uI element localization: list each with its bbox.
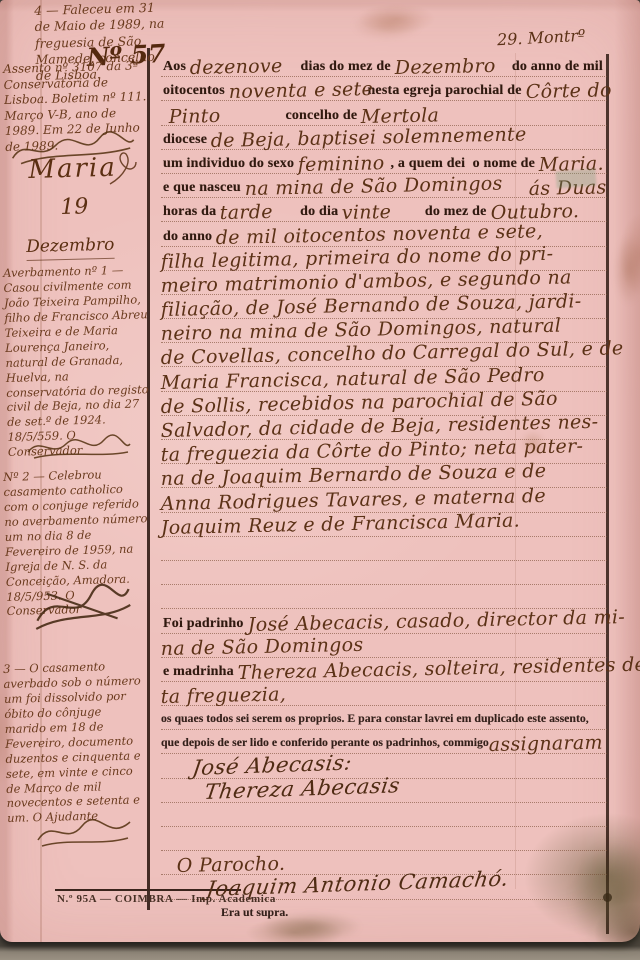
- printed-form-text: dias do mez de: [299, 59, 395, 76]
- form-line: [161, 803, 607, 827]
- form-line: Foi padrinhoJosé Abecacis, casado, direc…: [161, 609, 607, 633]
- printed-form-text: do mez de: [423, 204, 491, 221]
- form-line: Thereza Abecasis: [161, 779, 607, 803]
- stain: [614, 235, 640, 305]
- handwritten-entry: Mertola: [361, 102, 607, 126]
- handwritten-entry: Thereza Abecasis: [203, 775, 401, 803]
- form-line: oitocentosnoventa e setenesta egreja par…: [161, 77, 607, 101]
- printed-form-text: concelho de: [283, 108, 361, 125]
- handwritten-entry: feminino: [298, 154, 389, 175]
- printed-form-text: o nome de: [471, 156, 539, 173]
- form-line: Pintoconcelho deMertola: [161, 101, 607, 125]
- top-right-annotation: 29. Montrº: [497, 26, 586, 50]
- stain: [352, 10, 422, 40]
- form-line: horas datardedo diavintedo mez deOutubro…: [161, 198, 607, 222]
- printed-form-text: Foi padrinho: [161, 616, 248, 633]
- form-line: Anna Rodrigues Tavares, e materna de: [161, 488, 607, 512]
- margin-annotation-1: Averbamento nº 1 — Casou civilmente com …: [3, 262, 154, 460]
- margin-annotation-3: 3 — O casamento averbado sob o número um…: [3, 658, 145, 826]
- printed-form-text: diocese: [161, 132, 211, 149]
- handwritten-entry: tarde: [220, 203, 298, 224]
- printed-form-text: do anno: [161, 229, 216, 246]
- handwritten-entry: vinte: [342, 203, 423, 224]
- printed-form-text: nesta egreja parochial de: [365, 83, 525, 100]
- form-line: ta freguezia,: [161, 682, 607, 706]
- printed-form-text: um individuo do sexo: [161, 156, 298, 173]
- handwritten-entry: Anna Rodrigues Tavares, e materna de: [161, 485, 607, 513]
- form-body: Aosdezenovedias do mez deDezembrodo anno…: [161, 53, 607, 923]
- form-line: [161, 827, 607, 851]
- form-line: e madrinhaThereza Abecacis, solteira, re…: [161, 658, 607, 682]
- handwritten-entry: na de São Domingos: [161, 630, 607, 658]
- form-line: [161, 537, 607, 561]
- printed-form-text: e que nasceu: [161, 180, 245, 197]
- form-line: diocesede Beja, baptisei solemnemente: [161, 126, 607, 150]
- handwritten-entry: dezenove: [190, 57, 299, 78]
- form-line: um individuo do sexofeminino, a quem dei…: [161, 150, 607, 174]
- printed-form-text: , a quem dei: [388, 156, 469, 173]
- handwritten-entry: Pinto: [169, 105, 284, 126]
- handwritten-entry: noventa e sete: [228, 81, 365, 103]
- printed-form-text: do anno de mil: [510, 59, 607, 76]
- handwritten-entry: Côrte do: [525, 82, 607, 103]
- printed-form-text: do dia: [298, 204, 342, 221]
- form-line: Joaquim Reuz e de Francisca Maria.: [161, 513, 607, 537]
- margin-month: Dezembro: [26, 234, 115, 261]
- signature-scribble-icon: [24, 432, 134, 462]
- printed-form-text: oitocentos: [161, 83, 229, 100]
- handwritten-entry: assignaram: [488, 734, 607, 755]
- handwritten-entry: na mina de São Domingos: [244, 174, 529, 199]
- handwritten-entry: Dezembro: [394, 57, 509, 78]
- printer-imprint: N.º 95A — COIMBRA — Imp. Academica: [57, 893, 276, 905]
- margin-child-name: Maria: [28, 152, 117, 188]
- form-line: que depois de ser lido e conferido peran…: [161, 730, 607, 754]
- flourish-icon: [106, 150, 138, 188]
- form-line: [161, 585, 607, 609]
- handwritten-entry: José Abecacis, casado, director da mi-: [247, 608, 607, 635]
- form-line: os quaes todos sei serem os proprios. E …: [161, 706, 607, 730]
- printed-form-text: e madrinha: [161, 664, 238, 681]
- ink-blot: [603, 893, 612, 902]
- handwritten-entry: de Beja, baptisei solemnemente: [211, 123, 607, 150]
- printed-form-text: Aos: [161, 59, 190, 76]
- document-page: 4 — Faleceu em 31 de Maio de 1989, na fr…: [0, 0, 640, 942]
- stamp-remnant: [555, 169, 596, 189]
- printed-form-text: Era ut supra.: [221, 905, 288, 923]
- signature-scribble-icon: [28, 575, 137, 636]
- printed-form-text: os quaes todos sei serem os proprios. E …: [161, 711, 589, 729]
- margin-day: 19: [60, 193, 89, 222]
- handwritten-entry: Joaquim Reuz e de Francisca Maria.: [161, 509, 607, 537]
- signature-scribble-icon: [34, 812, 134, 852]
- printed-form-text: horas da: [161, 204, 220, 221]
- form-line: na de São Domingos: [161, 634, 607, 658]
- handwritten-entry: O Parocho.: [177, 855, 286, 876]
- form-line: Aosdezenovedias do mez deDezembrodo anno…: [161, 53, 607, 77]
- handwritten-entry: José Abecasis:: [191, 752, 353, 779]
- form-line: [161, 561, 607, 585]
- handwritten-entry: ta freguezia,: [161, 679, 607, 707]
- scanned-baptism-record: { "page": { "top_right_annotation": "29.…: [0, 0, 640, 960]
- form-line: e que nasceuna mina de São Domingosás Du…: [161, 174, 607, 198]
